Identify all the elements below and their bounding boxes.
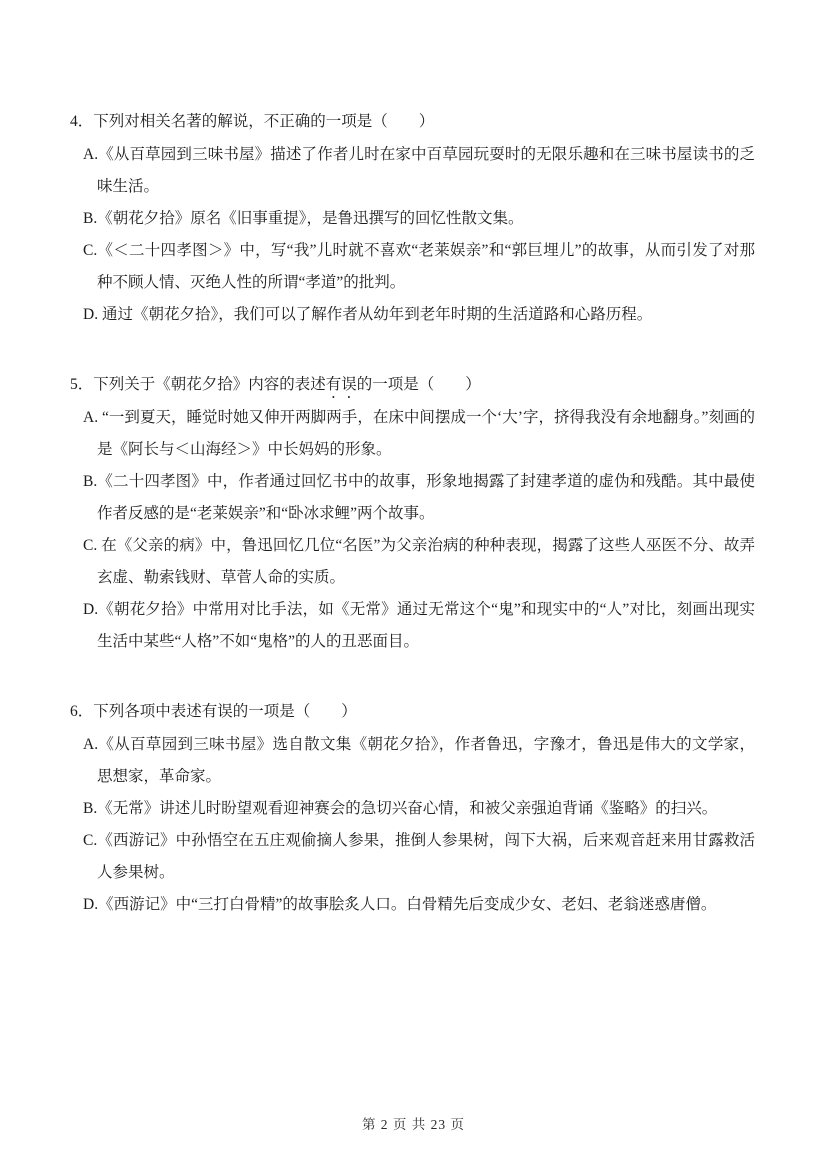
stem-text: 下列对相关名著的解说，不正确的一项是（ ） [93, 113, 434, 130]
question-stem: 4．下列对相关名著的解说，不正确的一项是（ ） [70, 106, 755, 139]
option-b: B.《朝花夕拾》原名《旧事重提》，是鲁迅撰写的回忆性散文集。 [70, 203, 755, 235]
question-stem: 5．下列关于《朝花夕拾》内容的表述有误的一项是（ ） [70, 369, 755, 402]
stem-text: 下列各项中表述有误的一项是（ ） [93, 703, 357, 720]
question-stem: 6．下列各项中表述有误的一项是（ ） [70, 696, 755, 729]
option-c: C. 在《父亲的病》中，鲁迅回忆几位“名医”为父亲治病的种种表现，揭露了这些人巫… [70, 530, 755, 594]
option-label: B. [83, 800, 97, 817]
page-content: 4．下列对相关名著的解说，不正确的一项是（ ） A.《从百草园到三味书屋》描述了… [0, 0, 827, 921]
option-a: A. “一到夏天，睡觉时她又伸开两脚两手，在床中间摆成一个‘大’字，挤得我没有余… [70, 402, 755, 466]
question-number: 4． [70, 106, 93, 138]
option-text: 通过《朝花夕拾》，我们可以了解作者从幼年到老年时期的生活道路和心路历程。 [98, 306, 652, 323]
option-label: B. [83, 473, 97, 490]
option-d: D.《西游记》中“三打白骨精”的故事脍炙人口。白骨精先后变成少女、老妇、老翁迷惑… [70, 889, 755, 921]
option-text: 《西游记》中孙悟空在五庄观偷摘人参果，推倒人参果树，闯下大祸，后来观音赶来用甘露… [97, 832, 755, 881]
option-d: D. 通过《朝花夕拾》，我们可以了解作者从幼年到老年时期的生活道路和心路历程。 [70, 299, 755, 331]
option-text: 《朝花夕拾》原名《旧事重提》，是鲁迅撰写的回忆性散文集。 [97, 210, 523, 227]
question-4: 4．下列对相关名著的解说，不正确的一项是（ ） A.《从百草园到三味书屋》描述了… [70, 106, 755, 331]
stem-text: 下列关于《朝花夕拾》内容的表述 [93, 376, 326, 393]
option-text: 在《父亲的病》中，鲁迅回忆几位“名医”为父亲治病的种种表现，揭露了这些人巫医不分… [97, 537, 755, 586]
option-text: 《二十四孝图》中，作者通过回忆书中的故事，形象地揭露了封建孝道的虚伪和残酷。其中… [97, 473, 755, 522]
option-c: C.《＜二十四孝图＞》中，写“我”儿时就不喜欢“老莱娱亲”和“郭巨埋儿”的故事，… [70, 235, 755, 299]
option-a: A.《从百草园到三味书屋》描述了作者儿时在家中百草园玩耍时的无限乐趣和在三味书屋… [70, 139, 755, 203]
option-label: C. [83, 537, 97, 554]
stem-text-after: 的一项是（ ） [357, 376, 481, 393]
option-text: 《朝花夕拾》中常用对比手法，如《无常》通过无常这个“鬼”和现实中的“人”对比，刻… [97, 601, 755, 650]
option-b: B.《二十四孝图》中，作者通过回忆书中的故事，形象地揭露了封建孝道的虚伪和残酷。… [70, 466, 755, 530]
option-label: B. [83, 210, 97, 227]
option-text: 《从百草园到三味书屋》选自散文集《朝花夕拾》，作者鲁迅，字豫才，鲁迅是伟大的文学… [97, 736, 755, 785]
option-b: B.《无常》讲述儿时盼望观看迎神赛会的急切兴奋心情，和被父亲强迫背诵《鉴略》的扫… [70, 793, 755, 825]
option-text: 《从百草园到三味书屋》描述了作者儿时在家中百草园玩耍时的无限乐趣和在三味书屋读书… [97, 146, 755, 195]
option-label: D. [83, 601, 98, 618]
option-label: D. [83, 306, 98, 323]
page-number: 第 2 页 共 23 页 [362, 1117, 465, 1132]
option-a: A.《从百草园到三味书屋》选自散文集《朝花夕拾》，作者鲁迅，字豫才，鲁迅是伟大的… [70, 729, 755, 793]
stem-emphasized-text: 有误 [326, 376, 357, 393]
option-text: 《无常》讲述儿时盼望观看迎神赛会的急切兴奋心情，和被父亲强迫背诵《鉴略》的扫兴。 [97, 800, 717, 817]
question-6: 6．下列各项中表述有误的一项是（ ） A.《从百草园到三味书屋》选自散文集《朝花… [70, 696, 755, 921]
question-5: 5．下列关于《朝花夕拾》内容的表述有误的一项是（ ） A. “一到夏天，睡觉时她… [70, 369, 755, 658]
option-text: “一到夏天，睡觉时她又伸开两脚两手，在床中间摆成一个‘大’字，挤得我没有余地翻身… [97, 409, 755, 458]
option-label: C. [83, 242, 97, 259]
option-label: D. [83, 896, 98, 913]
question-number: 5． [70, 369, 93, 401]
option-text: 《＜二十四孝图＞》中，写“我”儿时就不喜欢“老莱娱亲”和“郭巨埋儿”的故事，从而… [97, 242, 755, 291]
option-label: C. [83, 832, 97, 849]
page-footer: 第 2 页 共 23 页 [0, 1113, 827, 1133]
option-label: A. [83, 409, 98, 426]
option-label: A. [83, 736, 98, 753]
option-label: A. [83, 146, 98, 163]
question-number: 6． [70, 696, 93, 728]
option-c: C.《西游记》中孙悟空在五庄观偷摘人参果，推倒人参果树，闯下大祸，后来观音赶来用… [70, 825, 755, 889]
option-d: D.《朝花夕拾》中常用对比手法，如《无常》通过无常这个“鬼”和现实中的“人”对比… [70, 594, 755, 658]
option-text: 《西游记》中“三打白骨精”的故事脍炙人口。白骨精先后变成少女、老妇、老翁迷惑唐僧… [98, 896, 716, 913]
